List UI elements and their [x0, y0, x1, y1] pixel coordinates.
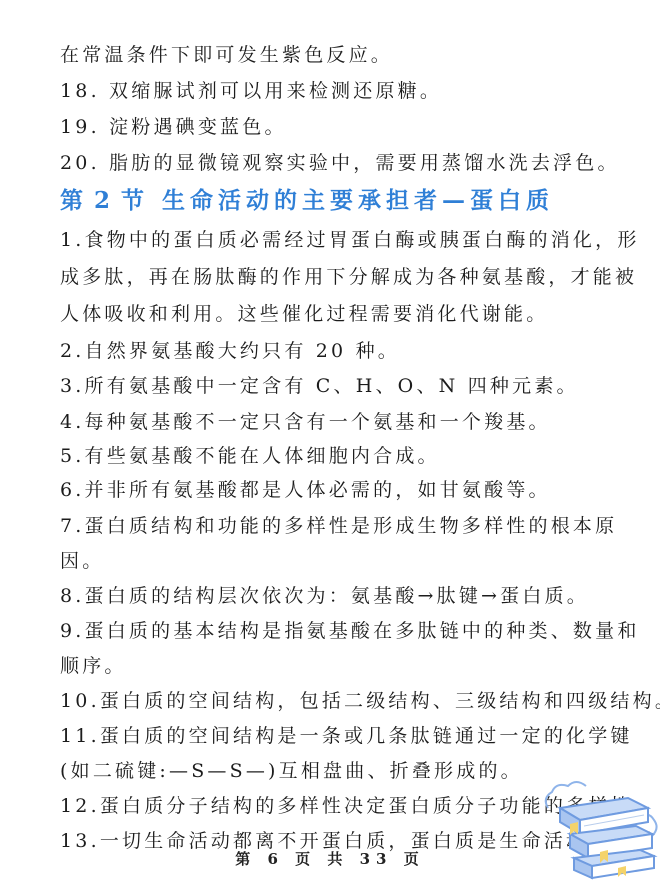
text-line: 10.蛋白质的空间结构，包括二级结构、三级结构和四级结构。	[60, 689, 660, 713]
text-line: 在常温条件下即可发生紫色反应。	[60, 43, 393, 67]
text-line: 4.每种氨基酸不一定只含有一个氨基和一个羧基。	[60, 410, 551, 434]
text-line: 18. 双缩脲试剂可以用来检测还原糖。	[60, 79, 442, 103]
text-line: 8.蛋白质的结构层次依次为：氨基酸→肽键→蛋白质。	[60, 584, 589, 608]
text-line: (如二硫键:—S—S—)互相盘曲、折叠形成的。	[60, 759, 523, 783]
text-line: 顺序。	[60, 654, 127, 678]
text-line: 11.蛋白质的空间结构是一条或几条肽链通过一定的化学键	[60, 724, 633, 748]
document-page: 在常温条件下即可发生紫色反应。 18. 双缩脲试剂可以用来检测还原糖。 19. …	[0, 0, 660, 880]
section-heading: 第2节 生命活动的主要承担者—蛋白质	[60, 186, 554, 216]
text-line: 3.所有氨基酸中一定含有 C、H、O、N 四种元素。	[60, 374, 579, 398]
section-suffix: 节	[121, 187, 149, 214]
text-line: 7.蛋白质结构和功能的多样性是形成生物多样性的根本原	[60, 514, 617, 538]
section-title: 生命活动的主要承担者—蛋白质	[162, 187, 554, 214]
text-line: 6.并非所有氨基酸都是人体必需的，如甘氨酸等。	[60, 478, 551, 502]
text-line: 1.食物中的蛋白质必需经过胃蛋白酶或胰蛋白酶的消化，形	[60, 228, 640, 252]
text-line: 因。	[60, 549, 104, 573]
text-line: 2.自然界氨基酸大约只有 20 种。	[60, 339, 400, 363]
text-line: 5.有些氨基酸不能在人体细胞内合成。	[60, 444, 440, 468]
section-number: 2	[88, 187, 121, 214]
text-line: 成多肽，再在肠肽酶的作用下分解成为各种氨基酸，才能被	[60, 265, 637, 289]
text-line: 19. 淀粉遇碘变蓝色。	[60, 115, 287, 139]
books-stack-icon	[540, 768, 660, 880]
text-line: 20. 脂肪的显微镜观察实验中，需要用蒸馏水洗去浮色。	[60, 151, 620, 175]
text-line: 9.蛋白质的基本结构是指氨基酸在多肽链中的种类、数量和	[60, 619, 640, 643]
section-prefix: 第	[60, 187, 88, 214]
text-line: 人体吸收和利用。这些催化过程需要消化代谢能。	[60, 302, 548, 326]
